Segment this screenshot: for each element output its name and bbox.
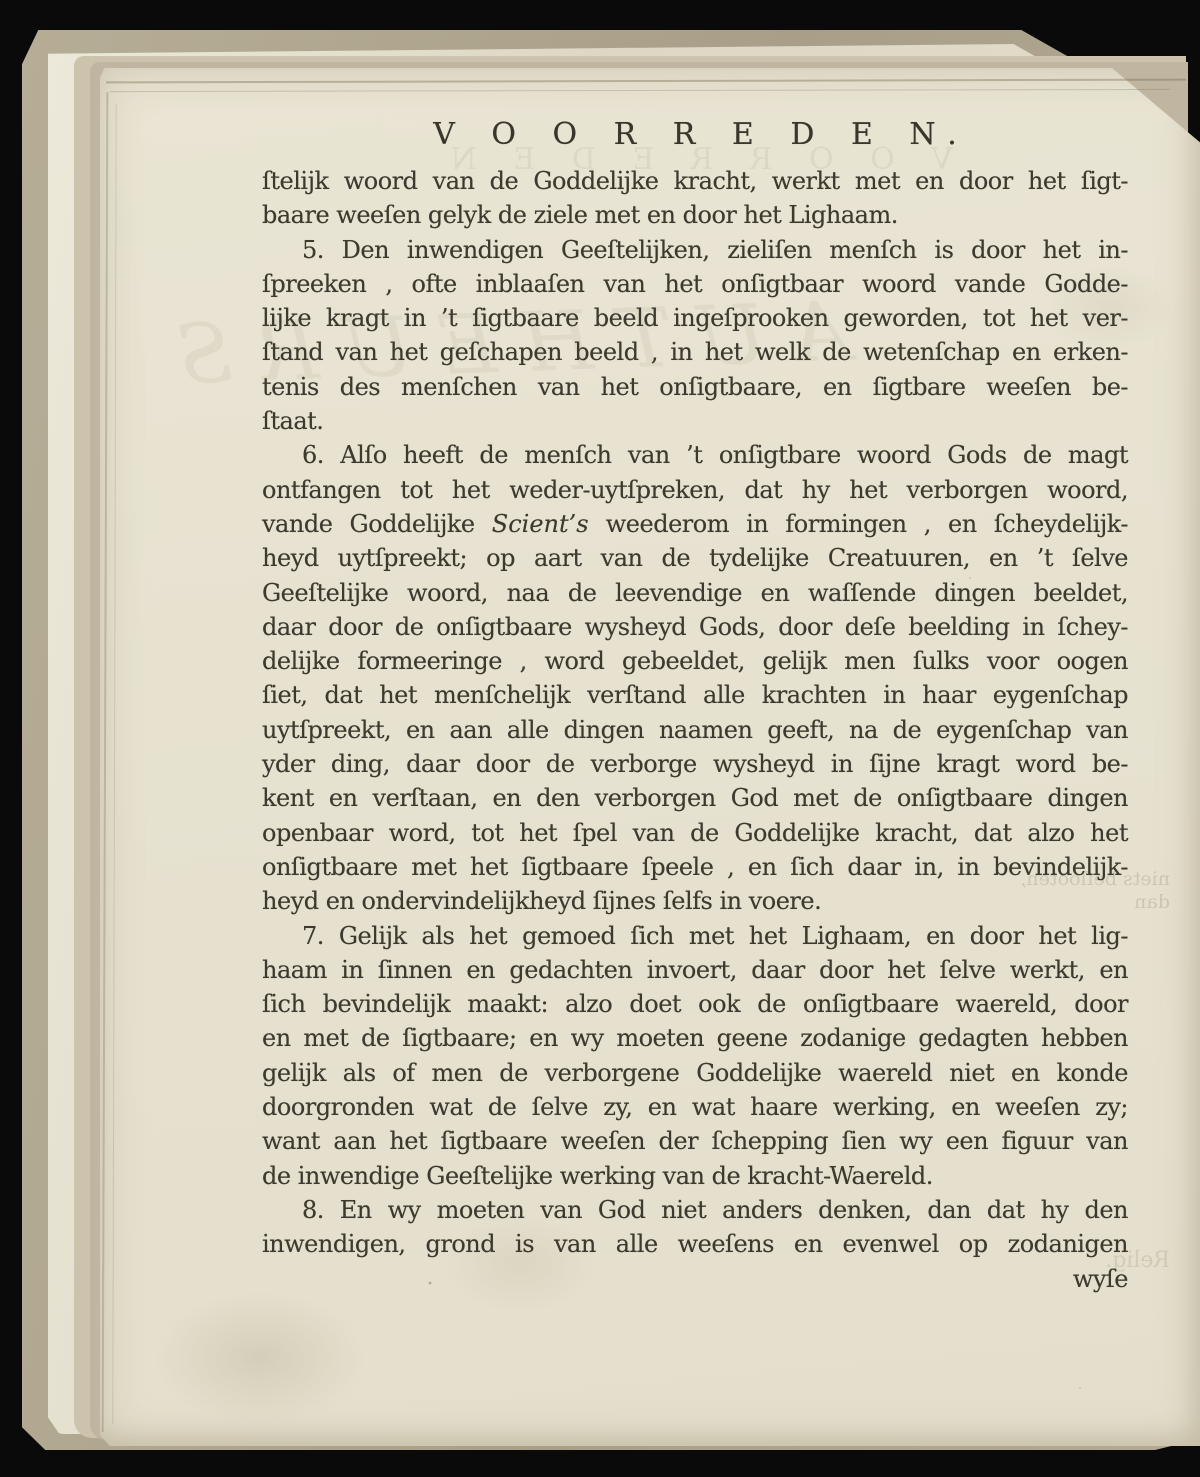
text-line: ſtelijk woord van de Goddelijke kracht, … [262,164,1128,198]
text-line: ſpreeken , ofte inblaaſen van het onſigt… [262,267,1128,301]
text-line: 5. Den inwendigen Geeſtelijken, zieliſen… [262,233,1128,267]
text-line: 8. En wy moeten van God niet anders denk… [262,1193,1128,1227]
text-line: baare weeſen gelyk de ziele met en door … [262,198,1128,232]
text-line: en met de ſigtbaare; en wy moeten geene … [262,1021,1128,1055]
text-line: inwendigen, grond is van alle weeſens en… [262,1227,1128,1261]
text-line: vande Goddelijke Scient’s weederom in fo… [262,507,1128,541]
text-line: onſigtbaare met het ſigtbaare ſpeele , e… [262,850,1128,884]
text-line: ſiet, dat het menſchelijk verſtand alle … [262,678,1128,712]
text-line: tenis des menſchen van het onſigtbaare, … [262,370,1128,404]
text-line: delijke formeeringe , word gebeeldet, ge… [262,644,1128,678]
text-line: yder ding, daar door de verborge wysheyd… [262,747,1128,781]
text-line: ſich bevindelijk maakt: alzo doet ook de… [262,987,1128,1021]
text-line: doorgronden wat de ſelve zy, en wat haar… [262,1090,1128,1124]
text-line: Geeſtelijke woord, naa de leevendige en … [262,576,1128,610]
text-line: openbaar word, tot het ſpel van de Godde… [262,816,1128,850]
text-line: wyſe [262,1262,1128,1296]
text-line: de inwendige Geeſtelijke werking van de … [262,1159,1128,1193]
body-text: ſtelijk woord van de Goddelijke kracht, … [262,164,1128,1296]
text-line: ontfangen tot het weder-uytſpreken, dat … [262,473,1128,507]
text-line: ſtaat. [262,404,1128,438]
text-line: daar door de onſigtbaare wysheyd Gods, d… [262,610,1128,644]
text-line: haam in ſinnen en gedachten invoert, daa… [262,953,1128,987]
text-line: ſtand van het geſchapen beeld , in het w… [262,335,1128,369]
text-line: gelijk als of men de verborgene Goddelij… [262,1056,1128,1090]
text-line: heyd uytſpreekt; op aart van de tydelijk… [262,541,1128,575]
text-line: want aan het ſigtbaare weeſen der ſchepp… [262,1124,1128,1158]
text-block: V O O R R E D E N. ſtelijk woord van de … [262,112,1128,1296]
text-line: kent en verſtaan, en den verborgen God m… [262,781,1128,815]
text-line: lijke kragt in ’t ſigtbaare beeld ingeſp… [262,301,1128,335]
text-line: 7. Gelijk als het gemoed ſich met het Li… [262,919,1128,953]
text-line: uytſpreekt, en aan alle dingen naamen ge… [262,713,1128,747]
text-line: 6. Alſo heeft de menſch van ’t onſigtbar… [262,438,1128,472]
text-line: heyd en ondervindelijkheyd ſijnes ſelfs … [262,884,1128,918]
page-heading: V O O R R E D E N. [262,112,1128,158]
book-scan: V O O R R E D E N AUTHEURS niets beſloot… [0,0,1200,1477]
